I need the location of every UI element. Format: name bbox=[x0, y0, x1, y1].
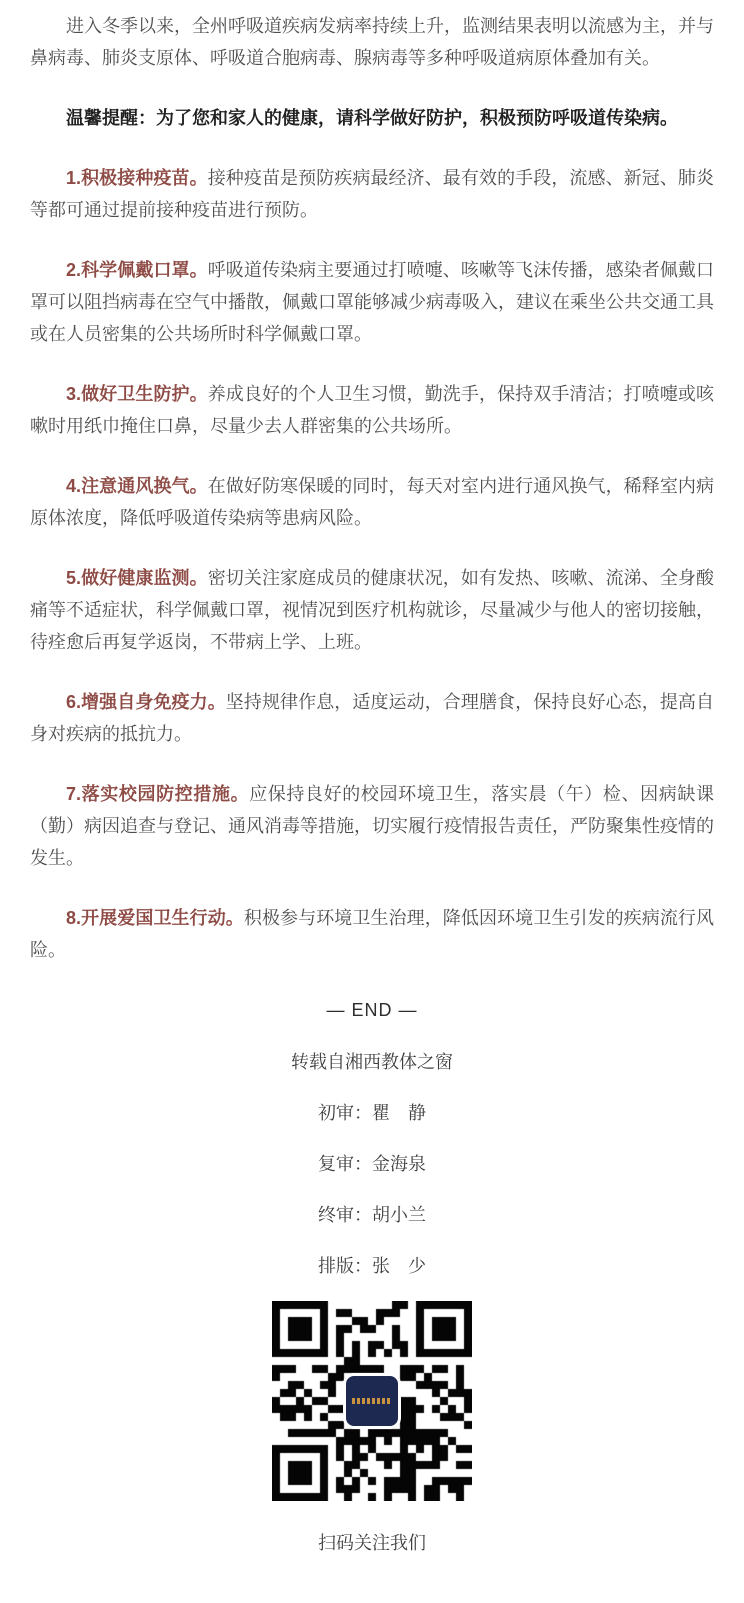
tip-paragraph-2: 2.科学佩戴口罩。呼吸道传染病主要通过打喷嚏、咳嗽等飞沫传播，感染者佩戴口罩可以… bbox=[30, 254, 714, 350]
tip-heading-8: 8.开展爱国卫生行动。 bbox=[66, 908, 244, 928]
tip-heading-2: 2.科学佩戴口罩。 bbox=[66, 260, 208, 280]
intro-paragraph: 进入冬季以来，全州呼吸道疾病发病率持续上升，监测结果表明以流感为主，并与鼻病毒、… bbox=[30, 10, 714, 74]
credit-line-5: 排版：张 少 bbox=[30, 1250, 714, 1282]
credit-line-2: 初审：瞿 静 bbox=[30, 1097, 714, 1129]
tip-paragraph-1: 1.积极接种疫苗。接种疫苗是预防疾病最经济、最有效的手段，流感、新冠、肺炎等都可… bbox=[30, 162, 714, 226]
qr-logo-script-mark bbox=[352, 1398, 392, 1404]
tip-paragraph-7: 7.落实校园防控措施。应保持良好的校园环境卫生，落实晨（午）检、因病缺课（勤）病… bbox=[30, 778, 714, 874]
article-page: 进入冬季以来，全州呼吸道疾病发病率持续上升，监测结果表明以流感为主，并与鼻病毒、… bbox=[0, 0, 744, 1603]
reminder-paragraph: 温馨提醒：为了您和家人的健康，请科学做好防护，积极预防呼吸道传染病。 bbox=[30, 102, 714, 134]
qr-center-logo bbox=[343, 1373, 401, 1429]
qr-caption: 扫码关注我们 bbox=[30, 1527, 714, 1559]
credits-list: 转载自湘西教体之窗初审：瞿 静复审：金海泉终审：胡小兰排版：张 少 bbox=[30, 1046, 714, 1282]
article-body: 进入冬季以来，全州呼吸道疾病发病率持续上升，监测结果表明以流感为主，并与鼻病毒、… bbox=[0, 0, 744, 1559]
tip-heading-4: 4.注意通风换气。 bbox=[66, 476, 208, 496]
tip-paragraph-4: 4.注意通风换气。在做好防寒保暖的同时，每天对室内进行通风换气，稀释室内病原体浓… bbox=[30, 470, 714, 534]
tip-heading-6: 6.增强自身免疫力。 bbox=[66, 692, 226, 712]
qr-code bbox=[272, 1301, 472, 1501]
tip-heading-5: 5.做好健康监测。 bbox=[66, 568, 208, 588]
tip-heading-3: 3.做好卫生防护。 bbox=[66, 384, 208, 404]
tip-paragraph-8: 8.开展爱国卫生行动。积极参与环境卫生治理，降低因环境卫生引发的疾病流行风险。 bbox=[30, 902, 714, 966]
tip-heading-7: 7.落实校园防控措施。 bbox=[66, 784, 249, 804]
tip-paragraph-5: 5.做好健康监测。密切关注家庭成员的健康状况，如有发热、咳嗽、流涕、全身酸痛等不… bbox=[30, 562, 714, 658]
tip-paragraph-3: 3.做好卫生防护。养成良好的个人卫生习惯，勤洗手，保持双手清洁；打喷嚏或咳嗽时用… bbox=[30, 378, 714, 442]
credit-line-3: 复审：金海泉 bbox=[30, 1148, 714, 1180]
credit-line-4: 终审：胡小兰 bbox=[30, 1199, 714, 1231]
end-marker: — END — bbox=[30, 994, 714, 1026]
tip-heading-1: 1.积极接种疫苗。 bbox=[66, 168, 208, 188]
tips-list: 1.积极接种疫苗。接种疫苗是预防疾病最经济、最有效的手段，流感、新冠、肺炎等都可… bbox=[30, 162, 714, 966]
tip-paragraph-6: 6.增强自身免疫力。坚持规律作息，适度运动，合理膳食，保持良好心态，提高自身对疾… bbox=[30, 686, 714, 750]
credit-line-1: 转载自湘西教体之窗 bbox=[30, 1046, 714, 1078]
